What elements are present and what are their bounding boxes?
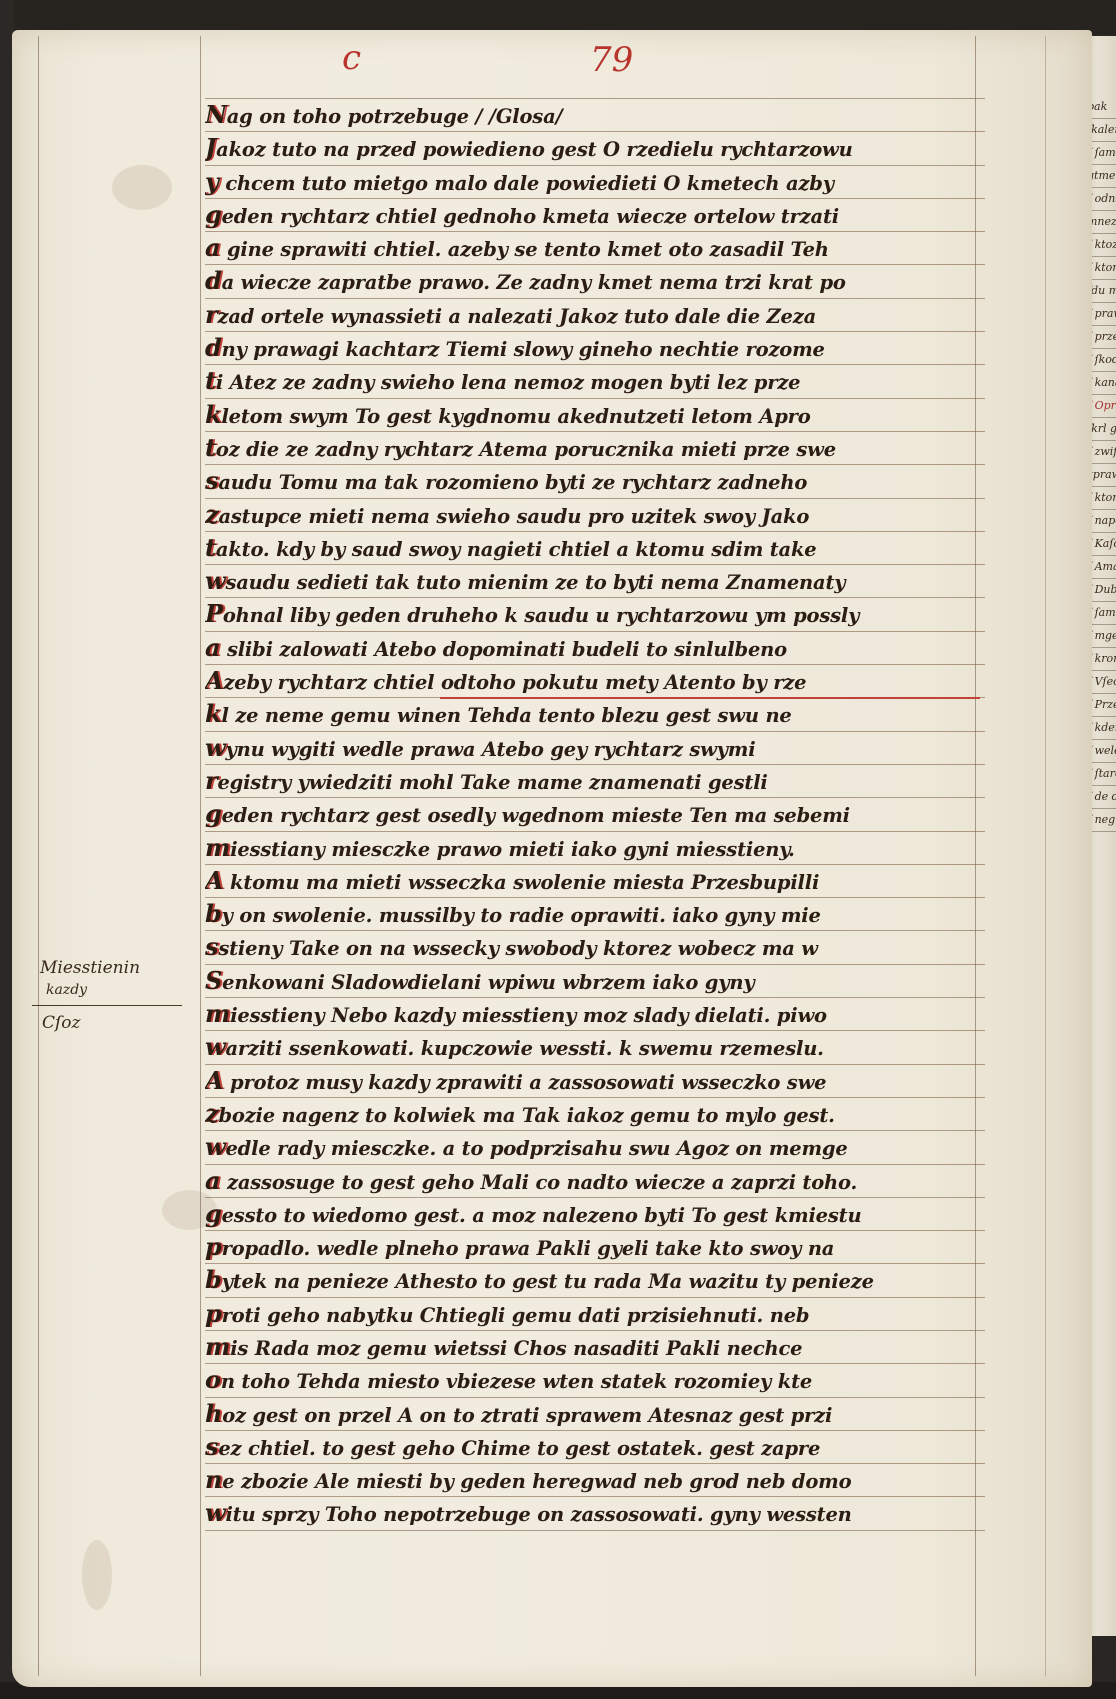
manuscript-line: miesstieny Nebo kazdy miesstieny moz sla… <box>205 998 985 1031</box>
rubricated-initial: m <box>205 1332 230 1361</box>
line-text: ynu wygiti wedle prawa Atebo gey rychtar… <box>225 738 755 761</box>
line-text: akto. kdy by saud swoy nagieti chtiel a … <box>216 538 817 561</box>
manuscript-line: on toho Tehda miesto vbiezese wten state… <box>205 1364 985 1397</box>
rubricated-initial: g <box>205 799 222 828</box>
manuscript-line: rzad ortele wynassieti a nalezati Jakoz … <box>205 299 985 332</box>
manuscript-line: hoz gest on przel A on to ztrati sprawem… <box>205 1398 985 1431</box>
rubricated-initial: S <box>205 966 222 995</box>
manuscript-line: wynu wygiti wedle prawa Atebo gey rychta… <box>205 732 985 765</box>
line-text: iesstiany miesczke prawo mieti iako gyni… <box>230 838 795 861</box>
rubricated-initial: y <box>205 167 219 196</box>
line-text: oz die ze zadny rychtarz Atema porucznik… <box>216 438 836 461</box>
line-text: egistry ywiedziti mohl Take mame znamena… <box>217 771 767 794</box>
rubricated-initial: A <box>205 866 223 895</box>
manuscript-line: toz die ze zadny rychtarz Atema poruczni… <box>205 432 985 465</box>
marginal-note-line: Miesstienin <box>40 957 190 979</box>
manuscript-line: y chcem tuto mietgo malo dale powiedieti… <box>205 166 985 199</box>
rubricated-initial: h <box>205 1399 222 1428</box>
rubricated-initial: m <box>205 999 230 1028</box>
rubricated-initial: A <box>205 666 223 695</box>
marginal-note-rule <box>32 1005 182 1006</box>
rubricated-initial: g <box>205 1199 222 1228</box>
rubricated-initial: t <box>205 366 216 395</box>
rubricated-initial: J <box>205 133 216 162</box>
line-text: ag on toho potrzebuge / /Glosa/ <box>227 105 563 128</box>
rubricated-initial: w <box>205 1132 225 1161</box>
rubricated-initial: t <box>205 433 216 462</box>
rubricated-initial: b <box>205 1265 222 1294</box>
line-text: eden rychtarz gest osedly wgednom mieste… <box>222 804 850 827</box>
scan-background-top <box>0 0 1116 34</box>
rubricated-initial: a <box>205 233 220 262</box>
rubricated-initial: a <box>205 633 220 662</box>
ruling-margin-left <box>38 36 39 1676</box>
manuscript-line: ne zbozie Ale miesti by geden heregwad n… <box>205 1464 985 1497</box>
rubricated-initial: s <box>205 1432 218 1461</box>
line-text: akoz tuto na przed powiedieno gest O rze… <box>216 138 852 161</box>
manuscript-line: Senkowani Sladowdielani wpiwu wbrzem iak… <box>205 965 985 998</box>
line-text: a wiecze zapratbe prawo. Ze zadny kmet n… <box>222 271 846 294</box>
manuscript-line: witu sprzy Toho nepotrzebuge on zassosow… <box>205 1497 985 1530</box>
manuscript-line: Azeby rychtarz chtiel odtoho pokutu mety… <box>205 665 985 698</box>
line-text: oz gest on przel A on to ztrati sprawem … <box>222 1404 832 1427</box>
rubricated-initial: s <box>205 932 218 961</box>
stain <box>82 1540 112 1610</box>
rubricated-initial: w <box>205 1032 225 1061</box>
line-text: i Atez ze zadny swieho lena nemoz mogen … <box>216 371 801 394</box>
manuscript-line: mis Rada moz gemu wietssi Chos nasaditi … <box>205 1331 985 1364</box>
manuscript-line: wsaudu sedieti tak tuto mienim ze to byt… <box>205 565 985 598</box>
manuscript-line: geden rychtarz chtiel gednoho kmeta wiec… <box>205 199 985 232</box>
manuscript-line: bytek na penieze Athesto to gest tu rada… <box>205 1264 985 1297</box>
rubricated-initial: k <box>205 400 221 429</box>
manuscript-line: a slibi zalowati Atebo dopominati budeli… <box>205 632 985 665</box>
line-text: zeby rychtarz chtiel odtoho pokutu mety … <box>223 671 806 694</box>
rubricated-initial: d <box>205 266 222 295</box>
manuscript-line: dny prawagi kachtarz Tiemi slowy gineho … <box>205 332 985 365</box>
rubricated-initial: w <box>205 1498 225 1527</box>
rubricated-initial: p <box>205 1299 222 1328</box>
rubricated-initial: g <box>205 200 222 229</box>
manuscript-line: a gine sprawiti chtiel. azeby se tento k… <box>205 232 985 265</box>
line-text: saudu sedieti tak tuto mienim ze to byti… <box>225 571 845 594</box>
rubricated-initial: r <box>205 300 217 329</box>
rubricated-initial: s <box>205 466 218 495</box>
line-text: iesstieny Nebo kazdy miesstieny moz slad… <box>230 1004 827 1027</box>
manuscript-line: A protoz musy kazdy zprawiti a zassosowa… <box>205 1065 985 1098</box>
line-text: ny prawagi kachtarz Tiemi slowy gineho n… <box>222 338 825 361</box>
ruling-outer-right <box>1045 36 1046 1676</box>
line-text: bozie nagenz to kolwiek ma Tak iakoz gem… <box>218 1104 834 1127</box>
manuscript-line: sstieny Take on na wssecky swobody ktore… <box>205 931 985 964</box>
manuscript-line: takto. kdy by saud swoy nagieti chtiel a… <box>205 532 985 565</box>
rubricated-initial: w <box>205 566 225 595</box>
manuscript-line: Nag on toho potrzebuge / /Glosa/ <box>205 98 985 132</box>
main-text-block: Nag on toho potrzebuge / /Glosa/Jakoz tu… <box>205 98 985 1531</box>
rubricated-initial: z <box>205 1099 218 1128</box>
manuscript-line: ti Atez ze zadny swieho lena nemoz mogen… <box>205 365 985 398</box>
line-text: zassosuge to gest geho Mali co nadto wie… <box>220 1171 857 1194</box>
rubricated-initial: t <box>205 533 216 562</box>
manuscript-line: sez chtiel. to gest geho Chime to gest o… <box>205 1431 985 1464</box>
manuscript-line: wedle rady miesczke. a to podprzisahu sw… <box>205 1131 985 1164</box>
rubricated-initial: r <box>205 766 217 795</box>
manuscript-line: Jakoz tuto na przed powiedieno gest O rz… <box>205 132 985 165</box>
line-text: stieny Take on na wssecky swobody ktorez… <box>218 937 818 960</box>
line-text: roti geho nabytku Chtiegli gemu dati prz… <box>222 1304 810 1327</box>
manuscript-line: kl ze neme gemu winen Tehda tento blezu … <box>205 698 985 731</box>
manuscript-line: propadlo. wedle plneho prawa Pakli gyeli… <box>205 1231 985 1264</box>
manuscript-line: by on swolenie. mussilby to radie oprawi… <box>205 898 985 931</box>
marginal-note-below: Cſoz <box>40 1012 190 1034</box>
line-text: itu sprzy Toho nepotrzebuge on zassosowa… <box>225 1503 851 1526</box>
stain <box>112 165 172 210</box>
line-text: enkowani Sladowdielani wpiwu wbrzem iako… <box>222 971 754 994</box>
manuscript-line: kletom swym To gest kygdnomu akednutzeti… <box>205 399 985 432</box>
line-text: edle rady miesczke. a to podprzisahu swu… <box>225 1137 847 1160</box>
line-text: y on swolenie. mussilby to radie oprawit… <box>222 904 821 927</box>
marginal-note-line: kazdy <box>40 979 190 1001</box>
manuscript-line: zastupce mieti nema swieho saudu pro uzi… <box>205 499 985 532</box>
rubricated-initial: n <box>205 1465 222 1494</box>
line-text: audu Tomu ma tak rozomieno byti ze rycht… <box>218 471 807 494</box>
rubricated-initial: N <box>205 100 227 129</box>
manuscript-line: Pohnal liby geden druheho k saudu u rych… <box>205 598 985 631</box>
line-text: chcem tuto mietgo malo dale powiedieti O… <box>219 172 834 195</box>
line-text: ohnal liby geden druheho k saudu u rycht… <box>223 604 859 627</box>
line-text: letom swym To gest kygdnomu akednutzeti … <box>221 405 810 428</box>
manuscript-line: saudu Tomu ma tak rozomieno byti ze rych… <box>205 465 985 498</box>
rubricated-initial: d <box>205 333 222 362</box>
manuscript-line: gessto to wiedomo gest. a moz nalezeno b… <box>205 1198 985 1231</box>
rubric-underline <box>440 697 980 699</box>
marginal-note: Miesstienin kazdy Cſoz <box>40 957 190 1034</box>
line-text: essto to wiedomo gest. a moz nalezeno by… <box>222 1204 862 1227</box>
manuscript-line: miesstiany miesczke prawo mieti iako gyn… <box>205 832 985 865</box>
manuscript-line: proti geho nabytku Chtiegli gemu dati pr… <box>205 1298 985 1331</box>
rubricated-initial: b <box>205 899 222 928</box>
folio-number: 79 <box>590 40 633 80</box>
line-text: eden rychtarz chtiel gednoho kmeta wiecz… <box>222 205 839 228</box>
rubricated-initial: A <box>205 1066 223 1095</box>
line-text: zad ortele wynassieti a nalezati Jakoz t… <box>217 305 816 328</box>
line-text: ez chtiel. to gest geho Chime to gest os… <box>218 1437 820 1460</box>
line-text: arziti ssenkowati. kupczowie wessti. k s… <box>225 1037 823 1060</box>
rubricated-initial: P <box>205 599 223 628</box>
line-text: slibi zalowati Atebo dopominati budeli t… <box>220 638 787 661</box>
signature-mark: c <box>342 38 361 78</box>
manuscript-line: warziti ssenkowati. kupczowie wessti. k … <box>205 1031 985 1064</box>
manuscript-line: da wiecze zapratbe prawo. Ze zadny kmet … <box>205 265 985 298</box>
rubricated-initial: w <box>205 733 225 762</box>
line-text: n toho Tehda miesto vbiezese wten statek… <box>221 1370 812 1393</box>
manuscript-line: A ktomu ma mieti wsseczka swolenie miest… <box>205 865 985 898</box>
line-text: is Rada moz gemu wietssi Chos nasaditi P… <box>230 1337 802 1360</box>
rubricated-initial: m <box>205 833 230 862</box>
line-text: gine sprawiti chtiel. azeby se tento kme… <box>220 238 828 261</box>
manuscript-line: zbozie nagenz to kolwiek ma Tak iakoz ge… <box>205 1098 985 1131</box>
line-text: astupce mieti nema swieho saudu pro uzit… <box>218 505 809 528</box>
line-text: ytek na penieze Athesto to gest tu rada … <box>222 1270 874 1293</box>
ruling-text-left <box>200 36 201 1676</box>
line-text: protoz musy kazdy zprawiti a zassosowati… <box>223 1071 826 1094</box>
line-text: e zbozie Ale miesti by geden heregwad ne… <box>222 1470 851 1493</box>
line-text: ropadlo. wedle plneho prawa Pakli gyeli … <box>222 1237 835 1260</box>
line-text: l ze neme gemu winen Tehda tento blezu g… <box>221 704 791 727</box>
manuscript-line: registry ywiedziti mohl Take mame znamen… <box>205 765 985 798</box>
line-text: ktomu ma mieti wsseczka swolenie miesta … <box>223 871 819 894</box>
rubricated-initial: o <box>205 1365 221 1394</box>
manuscript-line: geden rychtarz gest osedly wgednom miest… <box>205 798 985 831</box>
manuscript-line: a zassosuge to gest geho Mali co nadto w… <box>205 1165 985 1198</box>
rubricated-initial: k <box>205 699 221 728</box>
rubricated-initial: z <box>205 500 218 529</box>
rubricated-initial: a <box>205 1166 220 1195</box>
rubricated-initial: p <box>205 1232 222 1261</box>
